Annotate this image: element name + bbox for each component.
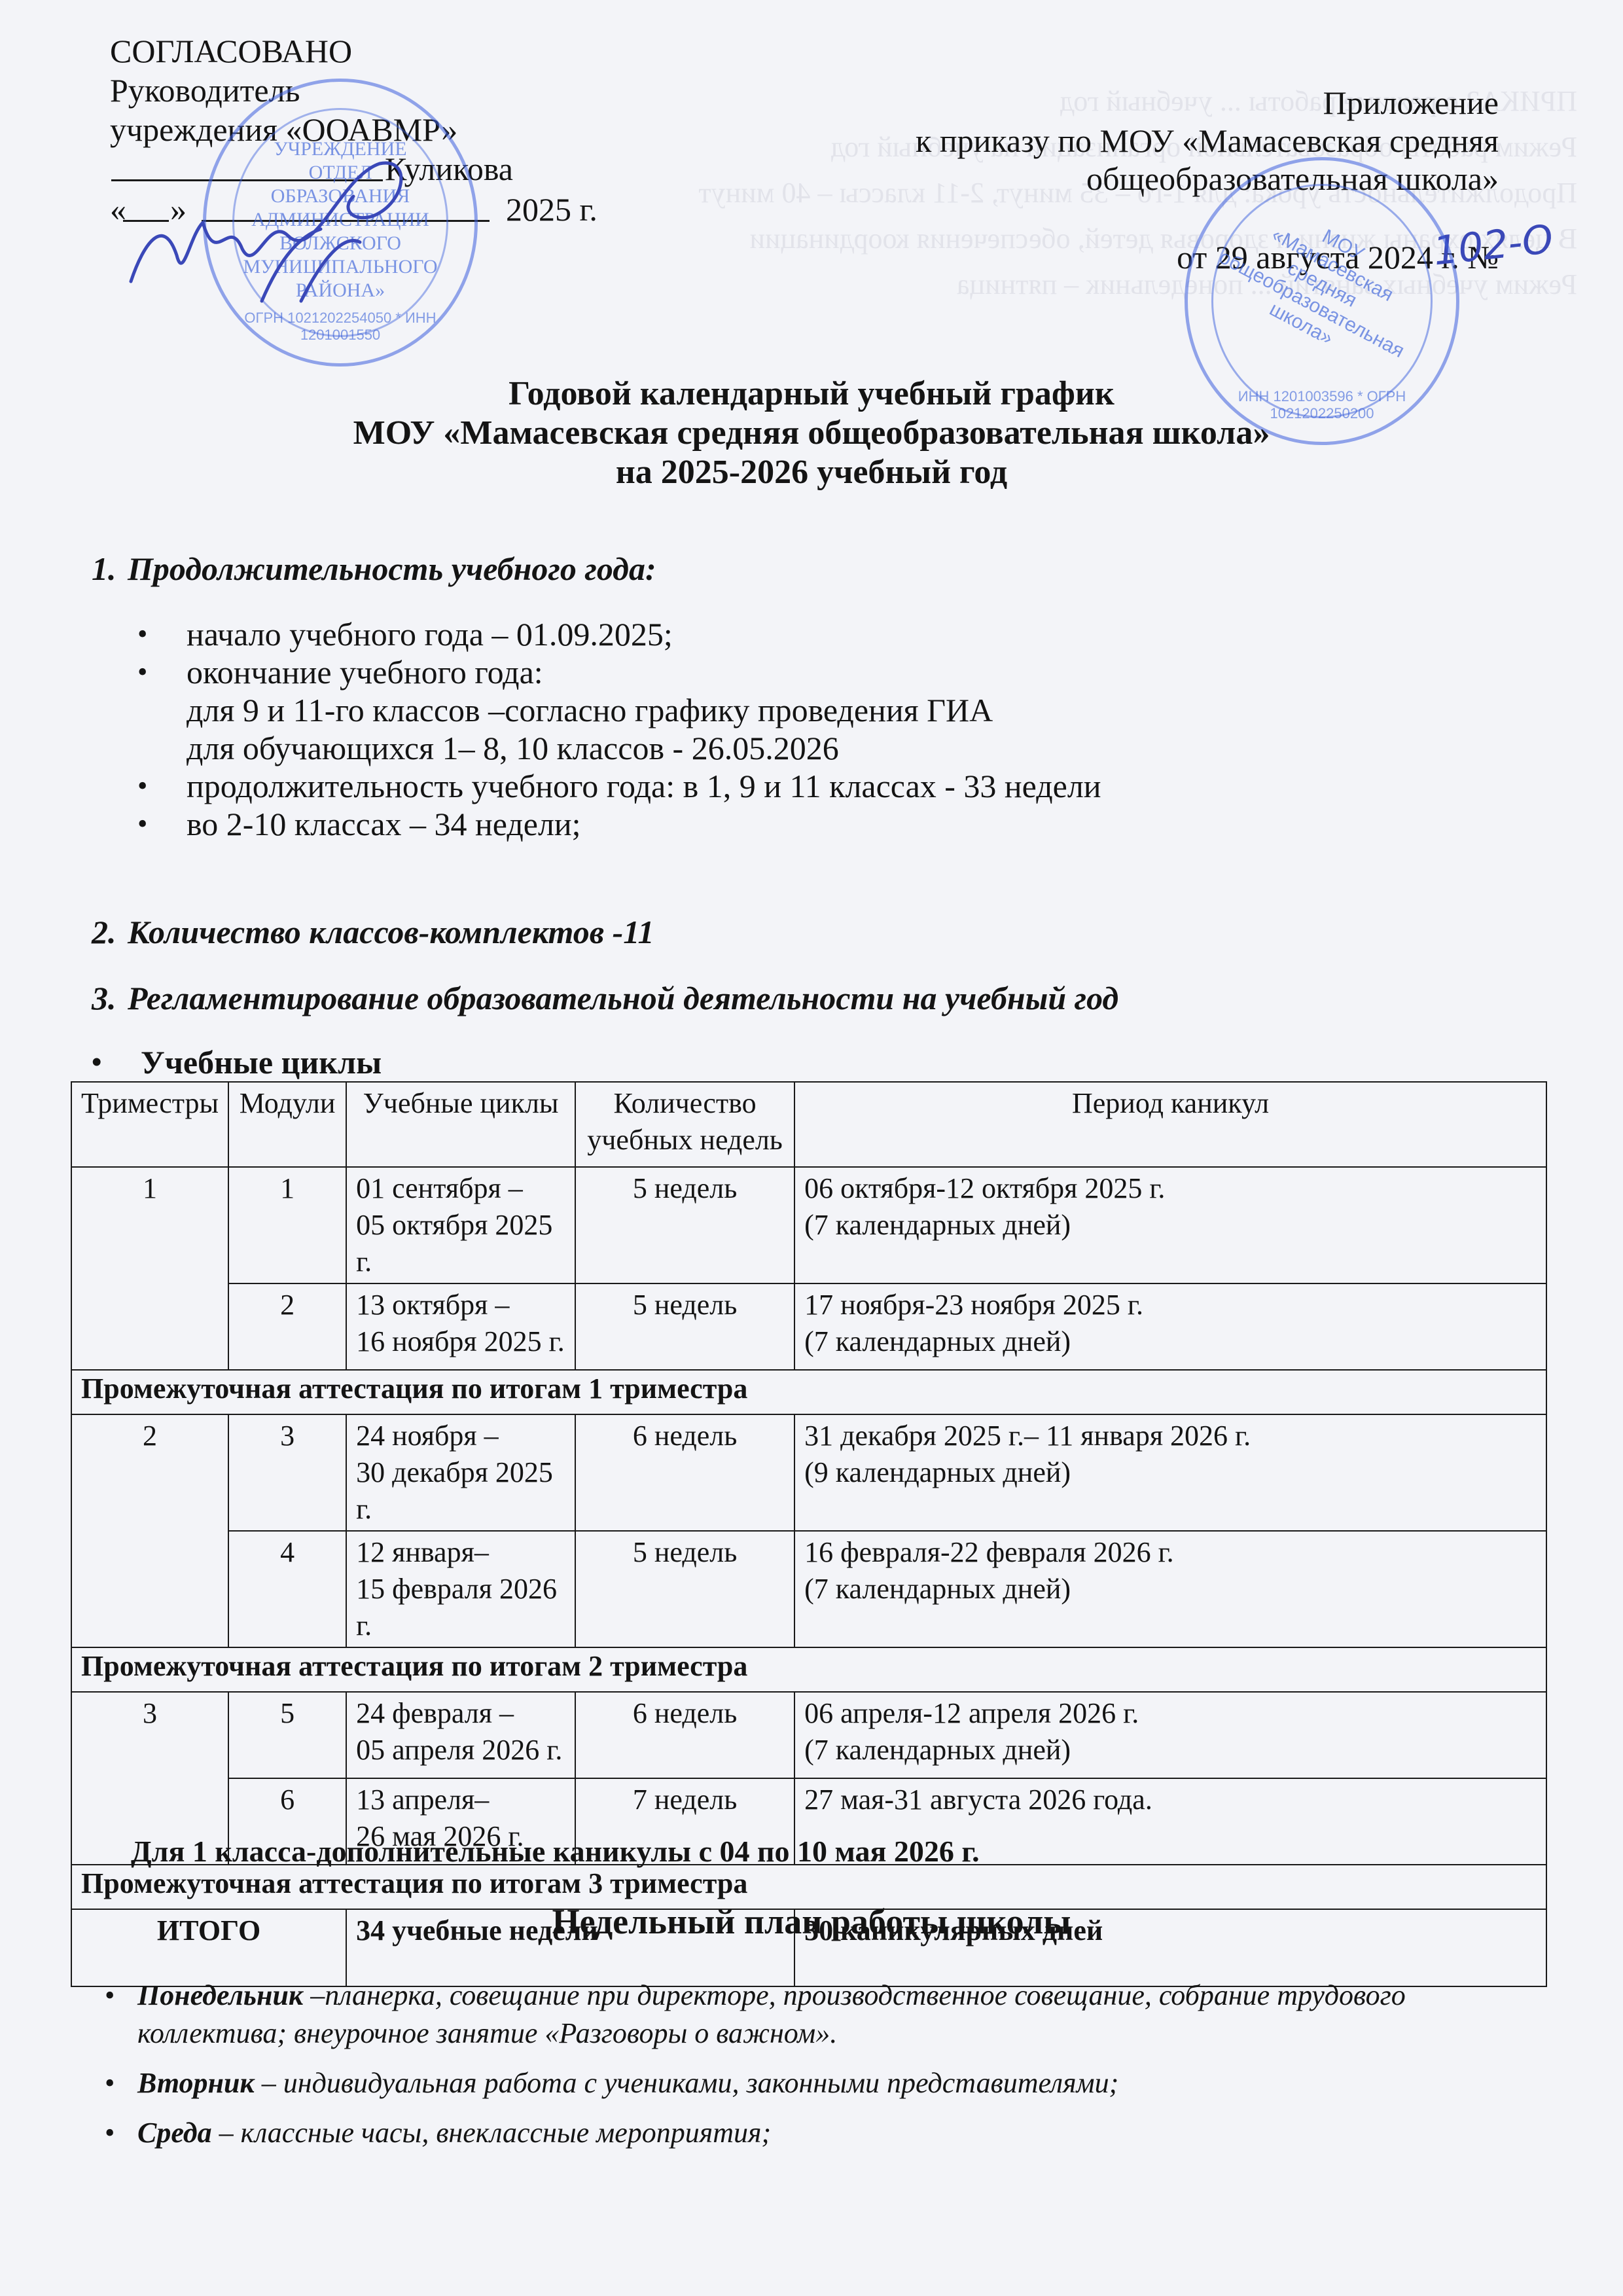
holiday-period: 17 ноября-23 ноября 2025 г.	[804, 1287, 1537, 1323]
cycle-from: 24 февраля –	[356, 1695, 565, 1732]
stamp-line: средняя	[1198, 212, 1446, 358]
cell-module: 4	[228, 1531, 346, 1647]
cell-cycle: 24 февраля –05 апреля 2026 г.	[346, 1692, 575, 1778]
cycle-to: 30 декабря 2025 г.	[356, 1454, 565, 1528]
title-line1: Годовой календарный учебный график	[0, 374, 1623, 414]
weekday-label: Понедельник	[137, 1979, 303, 2011]
table-row: 412 января–15 февраля 2026 г.5 недель16 …	[71, 1531, 1546, 1647]
stamp-education-department: УЧРЕЖДЕНИЕ ОТДЕЛ ОБРАЗОВАНИЯ АДМИНИСТРАЦ…	[203, 79, 478, 367]
header-trimesters: Триместры	[71, 1082, 228, 1167]
holiday-period: 06 апреля-12 апреля 2026 г.	[804, 1695, 1537, 1732]
table-row: 213 октября –16 ноября 2025 г.5 недель17…	[71, 1283, 1546, 1370]
cycle-from: 13 октября –	[356, 1287, 565, 1323]
stamp-line: общеобразовательная	[1188, 232, 1435, 378]
section-number: 1.	[92, 550, 128, 588]
attestation-row: Промежуточная аттестация по итогам 2 три…	[71, 1647, 1546, 1692]
cell-cycle: 13 октября –16 ноября 2025 г.	[346, 1283, 575, 1370]
cell-holiday: 31 декабря 2025 г.– 11 января 2026 г.(9 …	[794, 1414, 1546, 1531]
list-item: продолжительность учебного года: в 1, 9 …	[137, 767, 1101, 805]
quote-open: «	[110, 190, 126, 229]
cycle-to: 16 ноября 2025 г.	[356, 1323, 565, 1360]
section-number: 2.	[92, 913, 128, 951]
day-blank-line	[123, 220, 169, 222]
stamp-line: РАЙОНА»	[206, 279, 474, 302]
cell-trimester: 2	[71, 1414, 228, 1647]
cell-cycle: 01 сентября –05 октября 2025 г.	[346, 1167, 575, 1283]
table-row: 2324 ноября –30 декабря 2025 г.6 недель3…	[71, 1414, 1546, 1531]
table-row: 3524 февраля –05 апреля 2026 г.6 недель0…	[71, 1692, 1546, 1778]
cell-weeks: 5 недель	[575, 1283, 794, 1370]
table-header-row: Триместры Модули Учебные циклы Количеств…	[71, 1082, 1546, 1167]
cell-module: 5	[228, 1692, 346, 1778]
weekday-activities: – индивидуальная работа с учениками, зак…	[255, 2067, 1119, 2099]
stamp-line: УЧРЕЖДЕНИЕ	[206, 137, 474, 161]
cycle-to: 15 февраля 2026 г.	[356, 1571, 565, 1644]
cycle-to: 05 апреля 2026 г.	[356, 1732, 565, 1768]
cycles-label-list: Учебные циклы	[92, 1043, 382, 1081]
title-line3: на 2025-2026 учебный год	[0, 453, 1623, 492]
holiday-period: 16 февраля-22 февраля 2026 г.	[804, 1534, 1537, 1571]
cell-weeks: 5 недель	[575, 1167, 794, 1283]
weekday-label: Среда	[137, 2117, 212, 2149]
section-title: Регламентирование образовательной деятел…	[128, 980, 1118, 1016]
cycles-label: Учебные циклы	[92, 1043, 382, 1081]
cell-module: 2	[228, 1283, 346, 1370]
cycle-to: 05 октября 2025 г.	[356, 1207, 565, 1280]
holiday-days: (7 календарных дней)	[804, 1207, 1537, 1244]
header-weeks: Количество учебных недель	[575, 1082, 794, 1167]
weekly-plan-item: Вторник – индивидуальная работа с ученик…	[105, 2064, 1492, 2102]
list-item: начало учебного года – 01.09.2025;	[137, 615, 1101, 653]
approval-year: 2025 г.	[506, 190, 597, 229]
stamp-line: «Мамасевская	[1209, 192, 1456, 338]
weekly-plan-list: Понедельник –планерка, совещание при дир…	[105, 1977, 1492, 2164]
section-number: 3.	[92, 979, 128, 1017]
cell-module: 3	[228, 1414, 346, 1531]
holiday-days: (7 календарных дней)	[804, 1732, 1537, 1768]
cell-holiday: 16 февраля-22 февраля 2026 г.(7 календар…	[794, 1531, 1546, 1647]
weekly-plan-item: Понедельник –планерка, совещание при дир…	[105, 1977, 1492, 2053]
section-title: Продолжительность учебного года:	[128, 550, 656, 587]
holiday-days: (7 календарных дней)	[804, 1323, 1537, 1360]
stamp-line: ВОЛЖСКОГО	[206, 232, 474, 255]
cell-weeks: 6 недель	[575, 1692, 794, 1778]
weekday-label: Вторник	[137, 2067, 255, 2099]
stamp-ids: ОГРН 1021202254050 * ИНН 1201001550	[206, 310, 474, 344]
holiday-period: 27 мая-31 августа 2026 года.	[804, 1782, 1537, 1818]
attestation-row: Промежуточная аттестация по итогам 1 три…	[71, 1370, 1546, 1414]
approval-heading: СОГЛАСОВАНО	[110, 31, 607, 71]
cycle-from: 01 сентября –	[356, 1170, 565, 1207]
table-row: 1101 сентября –05 октября 2025 г.5 недел…	[71, 1167, 1546, 1283]
cycle-from: 12 января–	[356, 1534, 565, 1571]
cycle-from: 24 ноября –	[356, 1418, 565, 1454]
document-title: Годовой календарный учебный график МОУ «…	[0, 374, 1623, 492]
header-cycles: Учебные циклы	[346, 1082, 575, 1167]
cell-weeks: 6 недель	[575, 1414, 794, 1531]
stamp-text: МОУ «Мамасевская средняя общеобразовател…	[1177, 173, 1467, 397]
holiday-days: (7 календарных дней)	[804, 1571, 1537, 1607]
stamp-text: УЧРЕЖДЕНИЕ ОТДЕЛ ОБРАЗОВАНИЯ АДМИНИСТРАЦ…	[206, 137, 474, 302]
holiday-period: 06 октября-12 октября 2025 г.	[804, 1170, 1537, 1207]
first-grade-note: Для 1 класса-дополнительные каникулы с 0…	[131, 1834, 980, 1869]
list-item: для 9 и 11-го классов –согласно графику …	[137, 691, 1101, 729]
list-item: окончание учебного года:	[137, 653, 1101, 691]
section-2-heading: 2.Количество классов-комплектов -11	[92, 913, 654, 951]
title-line2: МОУ «Мамасевская средняя общеобразовател…	[0, 414, 1623, 453]
stamp-line: ОБРАЗОВАНИЯ	[206, 185, 474, 208]
cell-cycle: 24 ноября –30 декабря 2025 г.	[346, 1414, 575, 1531]
weekday-activities: –планерка, совещание при директоре, прои…	[137, 1979, 1406, 2049]
list-item: для обучающихся 1– 8, 10 классов - 26.05…	[137, 729, 1101, 767]
attestation-cell: Промежуточная аттестация по итогам 1 три…	[71, 1370, 1546, 1414]
cell-module: 1	[228, 1167, 346, 1283]
stamp-line: АДМИНИСТРАЦИИ	[206, 208, 474, 232]
holiday-days: (9 календарных дней)	[804, 1454, 1537, 1491]
cell-holiday: 06 октября-12 октября 2025 г.(7 календар…	[794, 1167, 1546, 1283]
weekly-plan-item: Среда – классные часы, внеклассные мероп…	[105, 2114, 1492, 2152]
cycle-from: 13 апреля–	[356, 1782, 565, 1818]
cell-holiday: 06 апреля-12 апреля 2026 г.(7 календарны…	[794, 1692, 1546, 1778]
header-holidays: Период каникул	[794, 1082, 1546, 1167]
section-1-list: начало учебного года – 01.09.2025;оконча…	[137, 615, 1101, 843]
section-title: Количество классов-комплектов -11	[128, 914, 654, 950]
weekly-plan-title: Недельный план работы школы	[0, 1901, 1623, 1942]
stamp-line: МУНИЦИПАЛЬНОГО	[206, 255, 474, 279]
cell-cycle: 12 января–15 февраля 2026 г.	[346, 1531, 575, 1647]
weekday-activities: – классные часы, внеклассные мероприятия…	[212, 2117, 772, 2149]
stamp-line: ОТДЕЛ	[206, 161, 474, 185]
section-1-heading: 1.Продолжительность учебного года:	[92, 550, 656, 588]
appendix-label: Приложение	[916, 84, 1499, 122]
section-3-heading: 3.Регламентирование образовательной деят…	[92, 979, 1118, 1017]
list-item: во 2-10 классах – 34 недели;	[137, 805, 1101, 843]
header-modules: Модули	[228, 1082, 346, 1167]
quote-close: »	[170, 190, 187, 229]
holiday-period: 31 декабря 2025 г.– 11 января 2026 г.	[804, 1418, 1537, 1454]
appendix-order-ref: к приказу по МОУ «Мамасевская средняя	[916, 122, 1499, 160]
cell-holiday: 17 ноября-23 ноября 2025 г.(7 календарны…	[794, 1283, 1546, 1370]
cell-weeks: 5 недель	[575, 1531, 794, 1647]
document-page: ПРИКАЗ о режиме работы ... учебный год Р…	[0, 0, 1623, 2296]
cell-trimester: 1	[71, 1167, 228, 1370]
attestation-cell: Промежуточная аттестация по итогам 2 три…	[71, 1647, 1546, 1692]
